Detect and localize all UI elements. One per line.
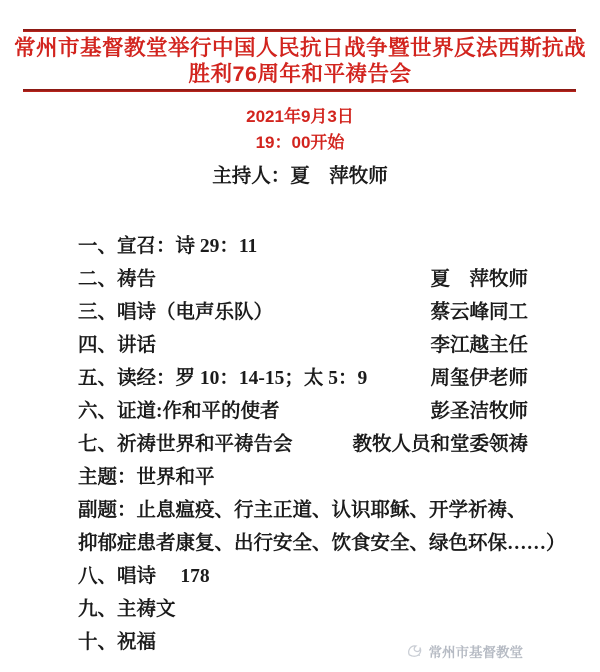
program-row-3: 三、唱诗（电声乐队）蔡云峰同工 bbox=[78, 296, 528, 329]
church-emblem-icon bbox=[405, 642, 424, 661]
title-line-2: 胜利76周年和平祷告会 bbox=[0, 61, 600, 87]
prayer-service-program-document: 常州市基督教堂举行中国人民抗日战争暨世界反法西斯抗战 胜利76周年和平祷告会 2… bbox=[0, 0, 600, 672]
subtheme-continuation-text: 抑郁症患者康复、出行安全、饮食安全、绿色环保……） bbox=[78, 527, 566, 560]
program-list: 一、宣召：诗 29：11 二、祷告夏 萍牧师 三、唱诗（电声乐队）蔡云峰同工 四… bbox=[78, 230, 528, 659]
program-item-text: 五、读经：罗 10：14-15；太 5：9 bbox=[78, 362, 367, 395]
program-theme-row: 主题：世界和平 bbox=[78, 461, 528, 494]
host-line: 主持人：夏 萍牧师 bbox=[0, 166, 600, 188]
title-divider-line bbox=[23, 89, 576, 92]
program-item-text: 九、主祷文 bbox=[78, 593, 176, 626]
program-subtheme-continuation-row: 抑郁症患者康复、出行安全、饮食安全、绿色环保……） bbox=[78, 527, 528, 560]
event-date: 2021年9月3日 bbox=[0, 107, 600, 127]
program-subtheme-row: 副题：止息瘟疫、行主正道、认识耶稣、开学祈祷、 bbox=[78, 494, 528, 527]
program-item-person: 夏 萍牧师 bbox=[430, 263, 528, 296]
program-item-text: 十、祝福 bbox=[78, 626, 156, 659]
program-item-text: 七、祈祷世界和平祷告会 bbox=[78, 428, 293, 461]
program-item-text: 三、唱诗（电声乐队） bbox=[78, 296, 273, 329]
program-item-person: 蔡云峰同工 bbox=[430, 296, 528, 329]
theme-text: 主题：世界和平 bbox=[78, 461, 215, 494]
program-row-5: 五、读经：罗 10：14-15；太 5：9周玺伊老师 bbox=[78, 362, 528, 395]
watermark-label: 常州市基督教堂 bbox=[429, 641, 524, 661]
program-item-text: 一、宣召：诗 29：11 bbox=[78, 230, 257, 263]
subtheme-text: 副题：止息瘟疫、行主正道、认识耶稣、开学祈祷、 bbox=[78, 494, 527, 527]
program-item-person: 教牧人员和堂委领祷 bbox=[352, 428, 528, 461]
top-divider-line bbox=[23, 29, 576, 32]
program-row-2: 二、祷告夏 萍牧师 bbox=[78, 263, 528, 296]
program-row-4: 四、讲话李江越主任 bbox=[78, 329, 528, 362]
program-item-text: 六、证道:作和平的使者 bbox=[78, 395, 280, 428]
program-item-text: 八、唱诗 178 bbox=[78, 560, 210, 593]
event-start-time: 19：00开始 bbox=[0, 133, 600, 153]
program-row-1: 一、宣召：诗 29：11 bbox=[78, 230, 528, 263]
program-row-7: 七、祈祷世界和平祷告会教牧人员和堂委领祷 bbox=[78, 428, 528, 461]
program-item-text: 二、祷告 bbox=[78, 263, 156, 296]
document-title: 常州市基督教堂举行中国人民抗日战争暨世界反法西斯抗战 胜利76周年和平祷告会 bbox=[0, 35, 600, 87]
program-row-6: 六、证道:作和平的使者彭圣洁牧师 bbox=[78, 395, 528, 428]
title-line-1: 常州市基督教堂举行中国人民抗日战争暨世界反法西斯抗战 bbox=[0, 35, 600, 61]
program-row-8: 八、唱诗 178 bbox=[78, 560, 528, 593]
program-item-text: 四、讲话 bbox=[78, 329, 156, 362]
program-item-person: 彭圣洁牧师 bbox=[430, 395, 528, 428]
program-item-person: 李江越主任 bbox=[430, 329, 528, 362]
program-item-person: 周玺伊老师 bbox=[430, 362, 528, 395]
program-row-9: 九、主祷文 bbox=[78, 593, 528, 626]
watermark: 常州市基督教堂 bbox=[405, 641, 524, 661]
